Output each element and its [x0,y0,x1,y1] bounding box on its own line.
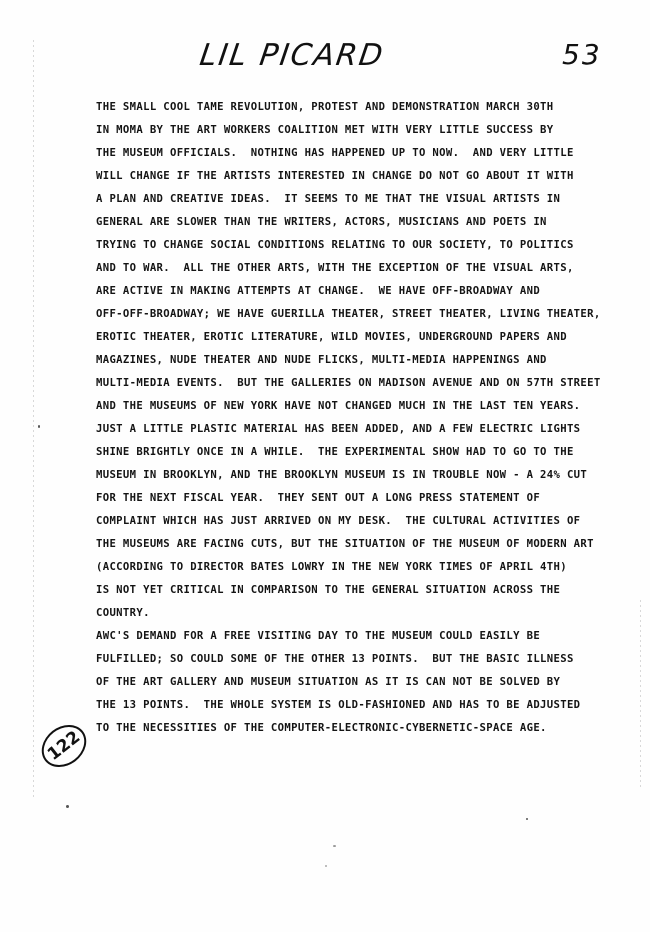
scan-speck [66,805,69,808]
text-line: OFF-OFF-BROADWAY; WE HAVE GUERILLA THEAT… [96,303,650,326]
scan-speck [333,845,336,847]
text-line: THE MUSEUMS ARE FACING CUTS, BUT THE SIT… [96,533,650,556]
left-margin-mark [33,40,34,800]
text-line: OF THE ART GALLERY AND MUSEUM SITUATION … [96,671,650,694]
text-line: JUST A LITTLE PLASTIC MATERIAL HAS BEEN … [96,418,650,441]
circled-number-text: 122 [44,727,84,765]
text-line: AND TO WAR. ALL THE OTHER ARTS, WITH THE… [96,257,650,280]
scan-speck [526,818,528,820]
text-line: MULTI-MEDIA EVENTS. BUT THE GALLERIES ON… [96,372,650,395]
handwritten-page-number: 53 [562,38,602,71]
text-line: AWC'S DEMAND FOR A FREE VISITING DAY TO … [96,625,650,648]
text-line: THE 13 POINTS. THE WHOLE SYSTEM IS OLD-F… [96,694,650,717]
text-line: WILL CHANGE IF THE ARTISTS INTERESTED IN… [96,165,650,188]
text-line: THE SMALL COOL TAME REVOLUTION, PROTEST … [96,96,650,119]
document-page: LIL PICARD 53 THE SMALL COOL TAME REVOLU… [0,0,650,932]
text-line: COUNTRY. [96,602,650,625]
text-line: A PLAN AND CREATIVE IDEAS. IT SEEMS TO M… [96,188,650,211]
handwritten-author-name: LIL PICARD [198,38,387,73]
text-line: ARE ACTIVE IN MAKING ATTEMPTS AT CHANGE.… [96,280,650,303]
scan-speck [38,425,40,428]
text-line: MAGAZINES, NUDE THEATER AND NUDE FLICKS,… [96,349,650,372]
text-line: COMPLAINT WHICH HAS JUST ARRIVED ON MY D… [96,510,650,533]
text-line: EROTIC THEATER, EROTIC LITERATURE, WILD … [96,326,650,349]
text-line: FULFILLED; SO COULD SOME OF THE OTHER 13… [96,648,650,671]
text-line: TRYING TO CHANGE SOCIAL CONDITIONS RELAT… [96,234,650,257]
text-line: MUSEUM IN BROOKLYN, AND THE BROOKLYN MUS… [96,464,650,487]
text-line: (ACCORDING TO DIRECTOR BATES LOWRY IN TH… [96,556,650,579]
text-line: FOR THE NEXT FISCAL YEAR. THEY SENT OUT … [96,487,650,510]
text-line: TO THE NECESSITIES OF THE COMPUTER-ELECT… [96,717,650,740]
text-line: AND THE MUSEUMS OF NEW YORK HAVE NOT CHA… [96,395,650,418]
text-line: IS NOT YET CRITICAL IN COMPARISON TO THE… [96,579,650,602]
text-line: SHINE BRIGHTLY ONCE IN A WHILE. THE EXPE… [96,441,650,464]
text-line: GENERAL ARE SLOWER THAN THE WRITERS, ACT… [96,211,650,234]
text-line: IN MOMA BY THE ART WORKERS COALITION MET… [96,119,650,142]
text-line: THE MUSEUM OFFICIALS. NOTHING HAS HAPPEN… [96,142,650,165]
scan-speck [325,865,327,867]
typed-body-text: THE SMALL COOL TAME REVOLUTION, PROTEST … [96,96,650,740]
circled-annotation-number: 122 [33,716,94,775]
